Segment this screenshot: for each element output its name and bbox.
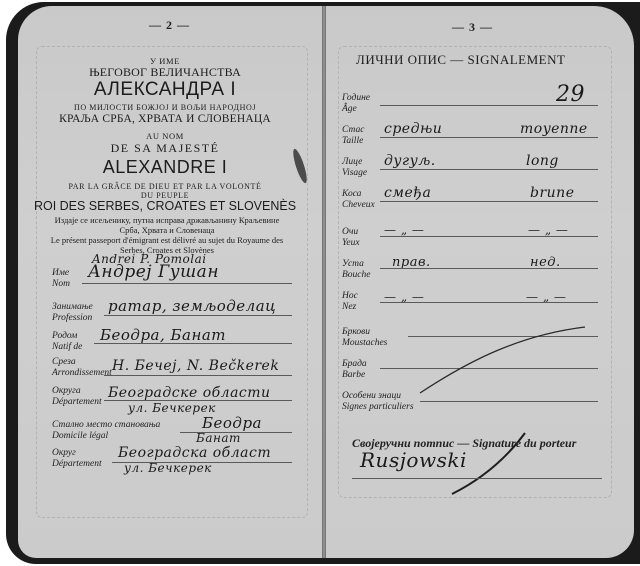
cancellation-stroke: [0, 0, 640, 566]
signature-value: Rusjowski: [360, 448, 467, 472]
signature-line: [352, 478, 602, 479]
